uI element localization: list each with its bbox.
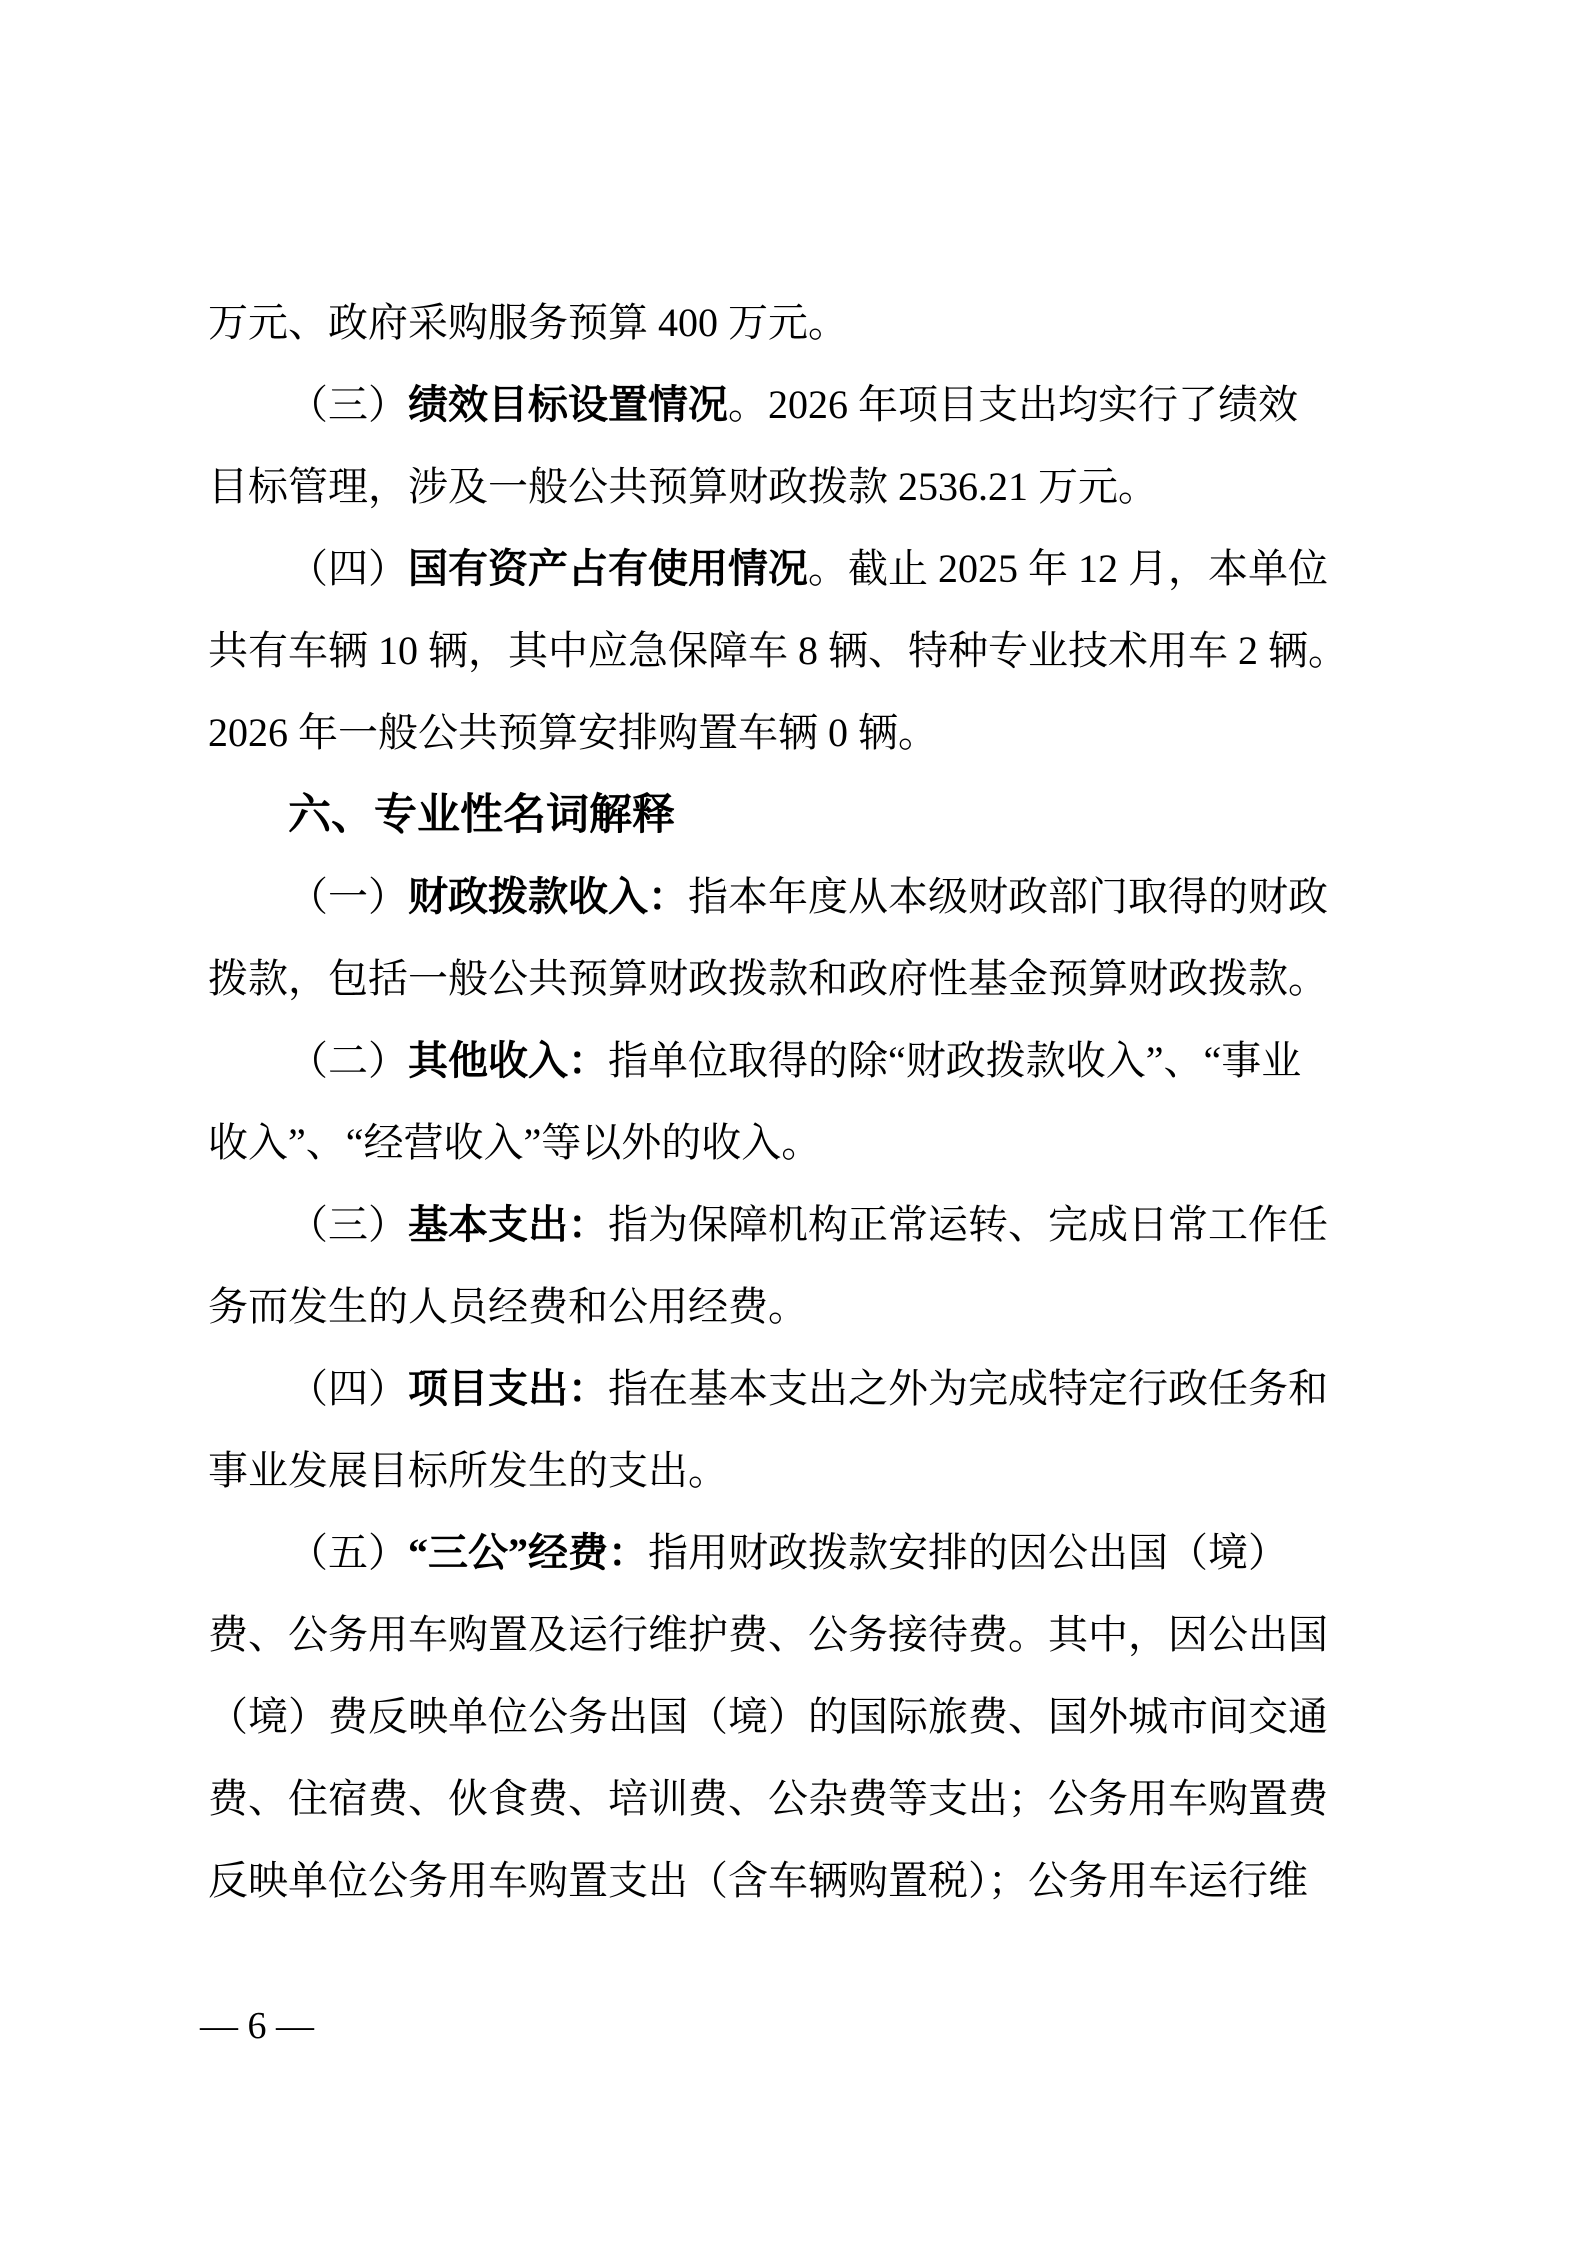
text-run: 务而发生的人员经费和公用经费。 <box>208 1284 808 1329</box>
text-run: 指为保障机构正常运转、完成日常工作任 <box>608 1202 1328 1247</box>
text-run: 收入”、“经营收入”等以外的收入。 <box>208 1120 821 1165</box>
text-run: （三） <box>288 1202 408 1247</box>
text-line: 收入”、“经营收入”等以外的收入。 <box>208 1102 1488 1184</box>
text-run: 拨款，包括一般公共预算财政拨款和政府性基金预算财政拨款。 <box>208 956 1328 1001</box>
document-page: 万元、政府采购服务预算 400 万元。（三）绩效目标设置情况。2026 年项目支… <box>0 0 1587 2245</box>
text-run: 2026 年一般公共预算安排购置车辆 0 辆。 <box>208 710 938 755</box>
section-heading: 六、专业性名词解释 <box>208 774 1488 856</box>
text-line: （四）项目支出：指在基本支出之外为完成特定行政任务和 <box>208 1348 1488 1430</box>
bold-text-run: 项目支出： <box>408 1366 608 1411</box>
text-line: （三）绩效目标设置情况。2026 年项目支出均实行了绩效 <box>208 364 1488 446</box>
text-run: 指单位取得的除“财政拨款收入”、“事业 <box>608 1038 1301 1083</box>
text-run: 指用财政拨款安排的因公出国（境） <box>648 1530 1288 1575</box>
bold-text-run: 六、专业性名词解释 <box>288 791 675 839</box>
text-run: 目标管理，涉及一般公共预算财政拨款 2536.21 万元。 <box>208 464 1158 509</box>
text-line: 目标管理，涉及一般公共预算财政拨款 2536.21 万元。 <box>208 446 1488 528</box>
text-run: （四） <box>288 546 408 591</box>
text-line: 费、公务用车购置及运行维护费、公务接待费。其中，因公出国 <box>208 1594 1488 1676</box>
page-number: — 6 — <box>200 2004 314 2048</box>
text-line: 务而发生的人员经费和公用经费。 <box>208 1266 1488 1348</box>
text-line: （四）国有资产占有使用情况。截止 2025 年 12 月，本单位 <box>208 528 1488 610</box>
text-run: （五） <box>288 1530 408 1575</box>
text-run: 指本年度从本级财政部门取得的财政 <box>688 874 1328 919</box>
text-run: （境）费反映单位公务出国（境）的国际旅费、国外城市间交通 <box>208 1694 1328 1739</box>
text-run: 。2026 年项目支出均实行了绩效 <box>728 382 1298 427</box>
bold-text-run: 财政拨款收入： <box>408 874 688 919</box>
text-line: （一）财政拨款收入：指本年度从本级财政部门取得的财政 <box>208 856 1488 938</box>
text-line: （境）费反映单位公务出国（境）的国际旅费、国外城市间交通 <box>208 1676 1488 1758</box>
bold-text-run: 绩效目标设置情况 <box>408 382 728 427</box>
text-line: 拨款，包括一般公共预算财政拨款和政府性基金预算财政拨款。 <box>208 938 1488 1020</box>
text-run: 事业发展目标所发生的支出。 <box>208 1448 728 1493</box>
text-run: 万元、政府采购服务预算 400 万元。 <box>208 300 848 345</box>
text-run: 费、公务用车购置及运行维护费、公务接待费。其中，因公出国 <box>208 1612 1328 1657</box>
text-run: （一） <box>288 874 408 919</box>
text-run: 指在基本支出之外为完成特定行政任务和 <box>608 1366 1328 1411</box>
document-content: 万元、政府采购服务预算 400 万元。（三）绩效目标设置情况。2026 年项目支… <box>208 282 1488 1922</box>
text-line: 事业发展目标所发生的支出。 <box>208 1430 1488 1512</box>
bold-text-run: 基本支出： <box>408 1202 608 1247</box>
text-run: 共有车辆 10 辆，其中应急保障车 8 辆、特种专业技术用车 2 辆。 <box>208 628 1348 673</box>
bold-text-run: 其他收入： <box>408 1038 608 1083</box>
text-run: （四） <box>288 1366 408 1411</box>
text-line: （二）其他收入：指单位取得的除“财政拨款收入”、“事业 <box>208 1020 1488 1102</box>
text-run: 。截止 2025 年 12 月，本单位 <box>808 546 1328 591</box>
bold-text-run: 国有资产占有使用情况 <box>408 546 808 591</box>
text-run: （三） <box>288 382 408 427</box>
text-line: 费、住宿费、伙食费、培训费、公杂费等支出；公务用车购置费 <box>208 1758 1488 1840</box>
text-line: 2026 年一般公共预算安排购置车辆 0 辆。 <box>208 692 1488 774</box>
text-run: 反映单位公务用车购置支出（含车辆购置税）；公务用车运行维 <box>208 1858 1308 1903</box>
text-line: 共有车辆 10 辆，其中应急保障车 8 辆、特种专业技术用车 2 辆。 <box>208 610 1488 692</box>
bold-text-run: “三公”经费： <box>408 1530 648 1575</box>
text-run: 费、住宿费、伙食费、培训费、公杂费等支出；公务用车购置费 <box>208 1776 1328 1821</box>
text-line: 反映单位公务用车购置支出（含车辆购置税）；公务用车运行维 <box>208 1840 1488 1922</box>
text-line: （三）基本支出：指为保障机构正常运转、完成日常工作任 <box>208 1184 1488 1266</box>
text-line: 万元、政府采购服务预算 400 万元。 <box>208 282 1488 364</box>
text-run: （二） <box>288 1038 408 1083</box>
text-line: （五）“三公”经费：指用财政拨款安排的因公出国（境） <box>208 1512 1488 1594</box>
